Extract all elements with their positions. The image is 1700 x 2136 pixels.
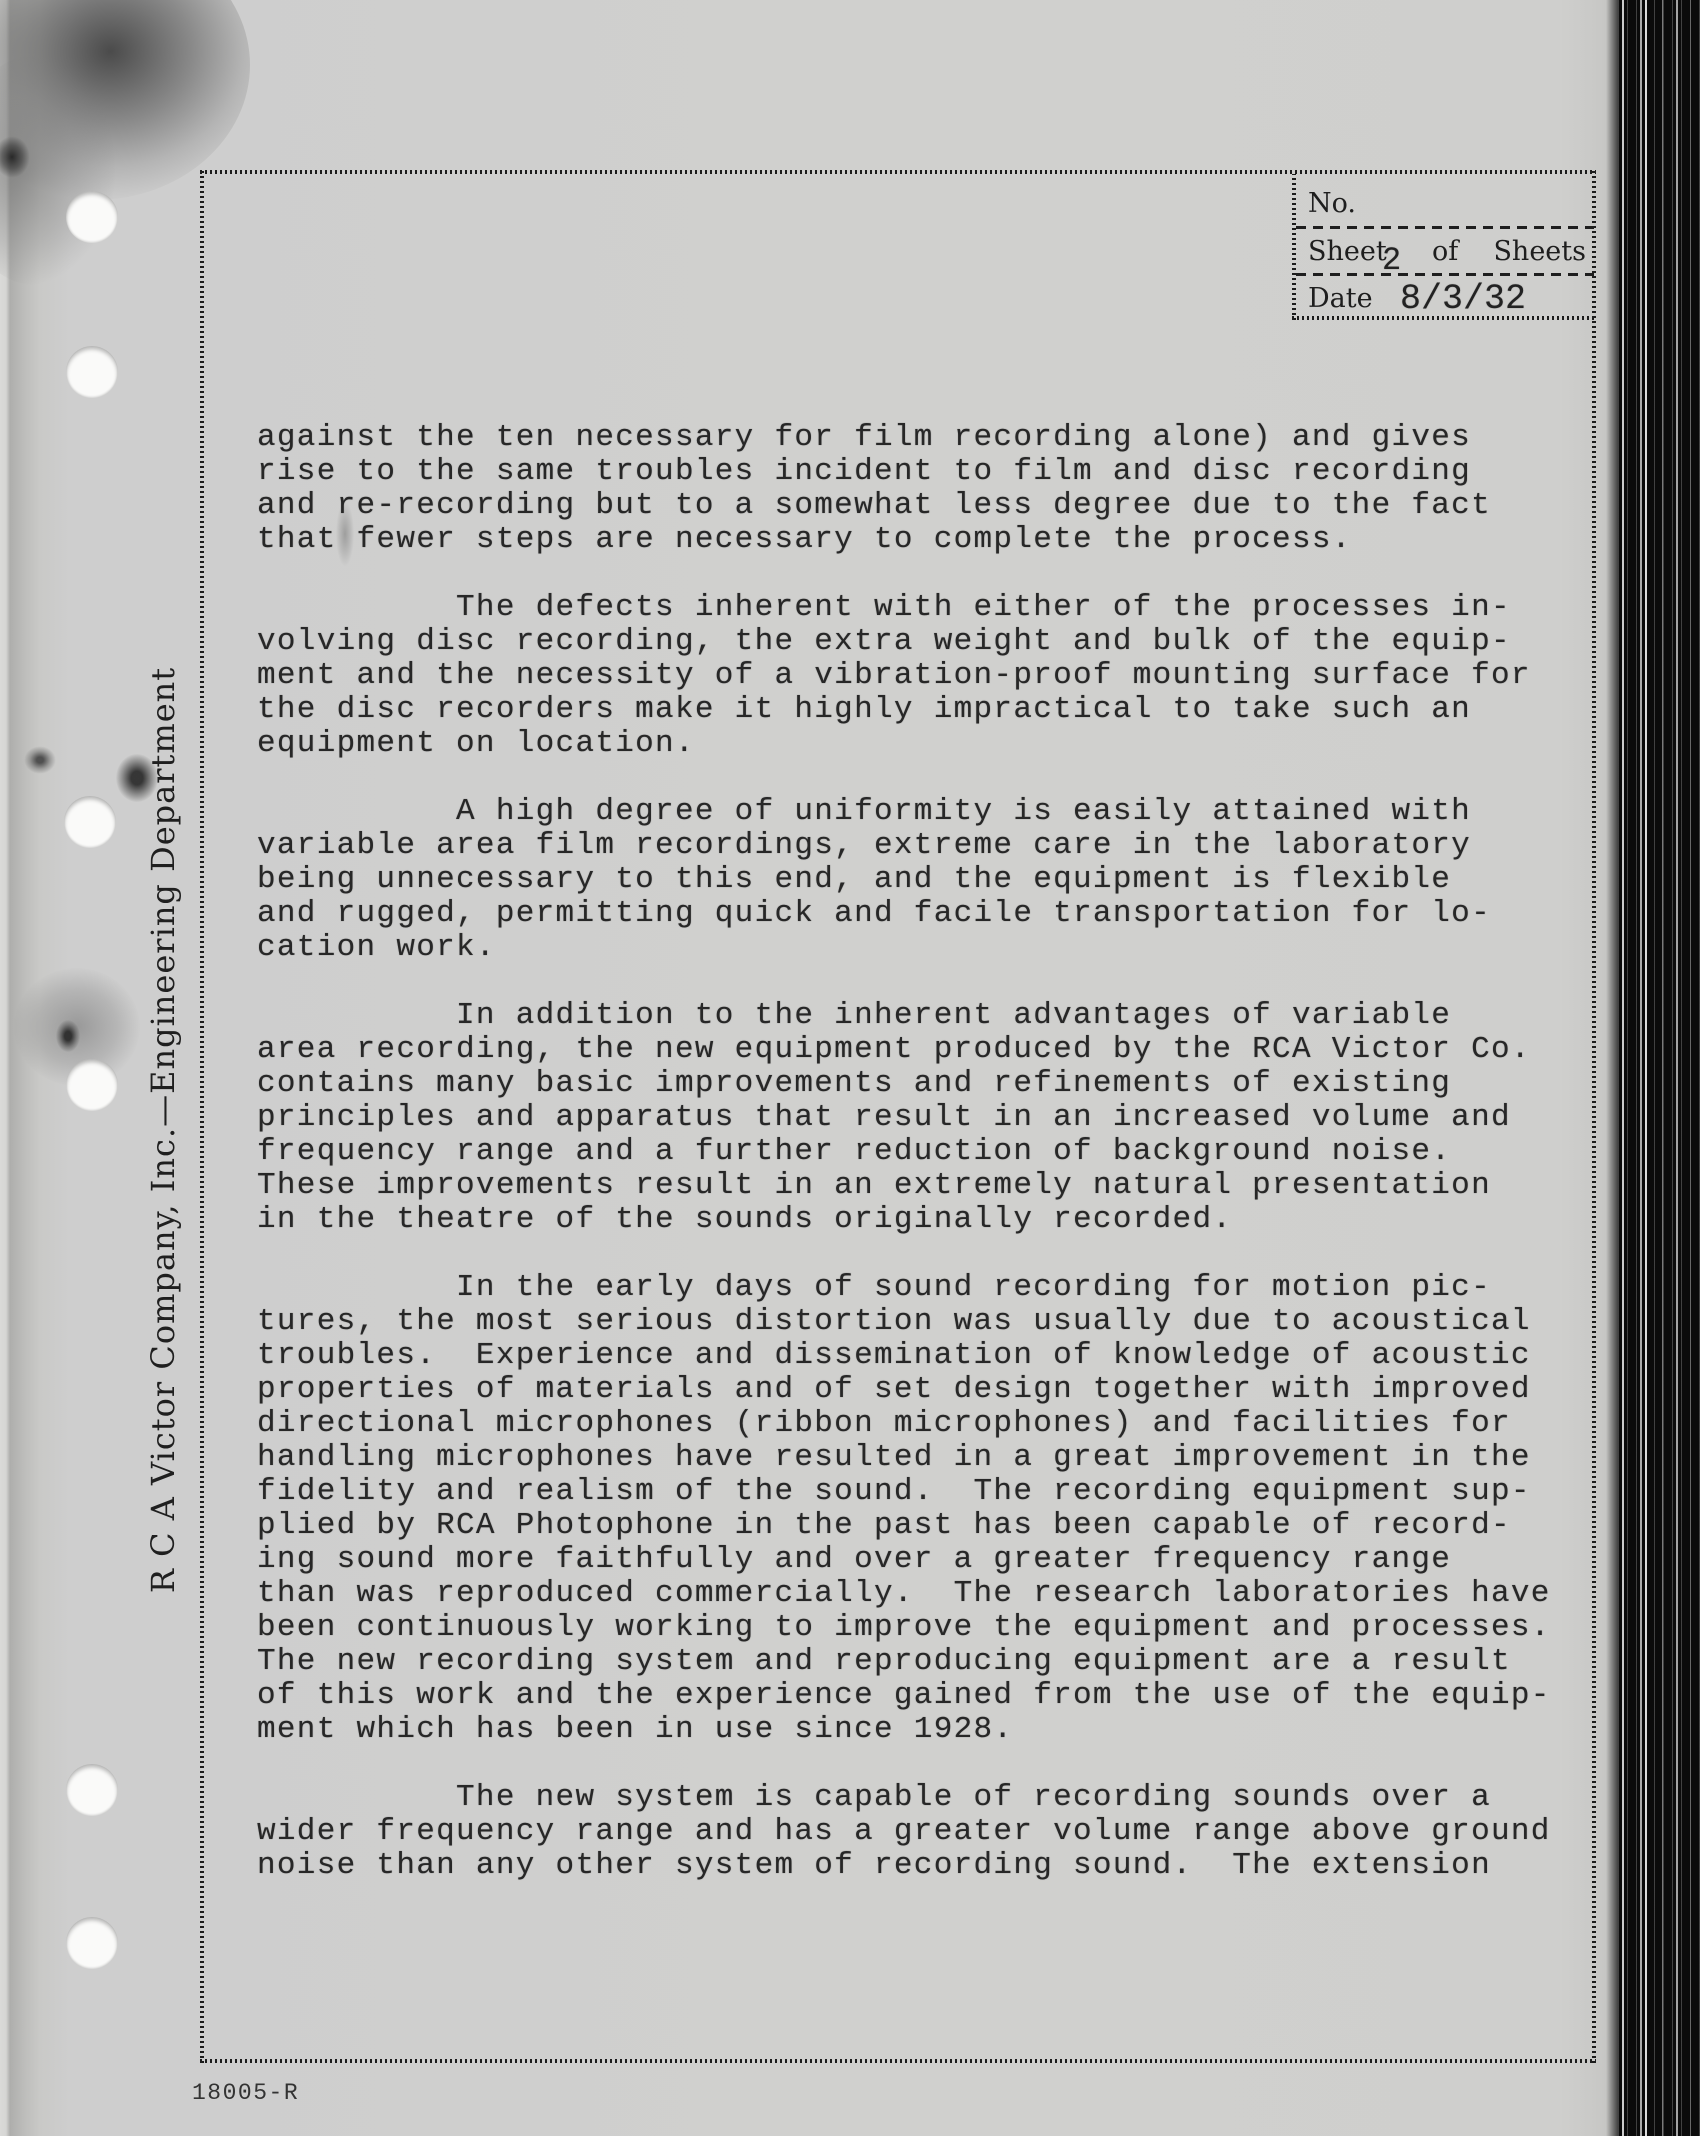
of-label: of — [1432, 236, 1458, 267]
paragraph: The defects inherent with either of the … — [257, 591, 1572, 761]
frame-border-left — [200, 170, 204, 2063]
binding-edge — [1618, 0, 1700, 2136]
punch-hole — [64, 796, 116, 848]
binding-edge-shadow — [1606, 0, 1618, 2136]
form-number: 18005-R — [192, 2080, 299, 2106]
sheet-number: 2 — [1382, 242, 1401, 279]
punch-hole — [66, 1059, 118, 1111]
company-letterhead: R C A Victor Company, Inc.—Engineering D… — [144, 667, 182, 1593]
scanned-page: No. Sheet 2 of Sheets Date 8/3/32 R C A … — [0, 0, 1700, 2136]
ink-stain — [24, 746, 56, 774]
punch-hole — [66, 191, 118, 243]
frame-border-bottom — [200, 2059, 1596, 2063]
box-border-left — [1292, 174, 1296, 320]
sheet-label: Sheet — [1308, 236, 1387, 267]
paragraph: against the ten necessary for film recor… — [257, 421, 1572, 557]
box-separator-line — [1296, 226, 1594, 229]
date-label: Date — [1308, 283, 1373, 314]
sheet-info-box: No. Sheet 2 of Sheets Date 8/3/32 — [1292, 174, 1596, 320]
punch-hole — [66, 1764, 118, 1816]
ink-stain — [56, 1020, 80, 1052]
box-separator-line — [1296, 273, 1594, 276]
punch-hole — [66, 1917, 118, 1969]
no-label: No. — [1308, 188, 1356, 219]
date-value: 8/3/32 — [1400, 279, 1526, 319]
sheets-label: Sheets — [1493, 236, 1586, 267]
ink-stain — [0, 136, 30, 178]
paragraph: A high degree of uniformity is easily at… — [257, 795, 1572, 965]
paragraph: In the early days of sound recording for… — [257, 1271, 1572, 1747]
paragraph: The new system is capable of recording s… — [257, 1781, 1572, 1883]
document-body: against the ten necessary for film recor… — [257, 421, 1572, 1917]
frame-border-right — [1592, 170, 1596, 2063]
paragraph: In addition to the inherent advantages o… — [257, 999, 1572, 1237]
punch-hole — [66, 346, 118, 398]
ink-stain — [0, 55, 115, 285]
